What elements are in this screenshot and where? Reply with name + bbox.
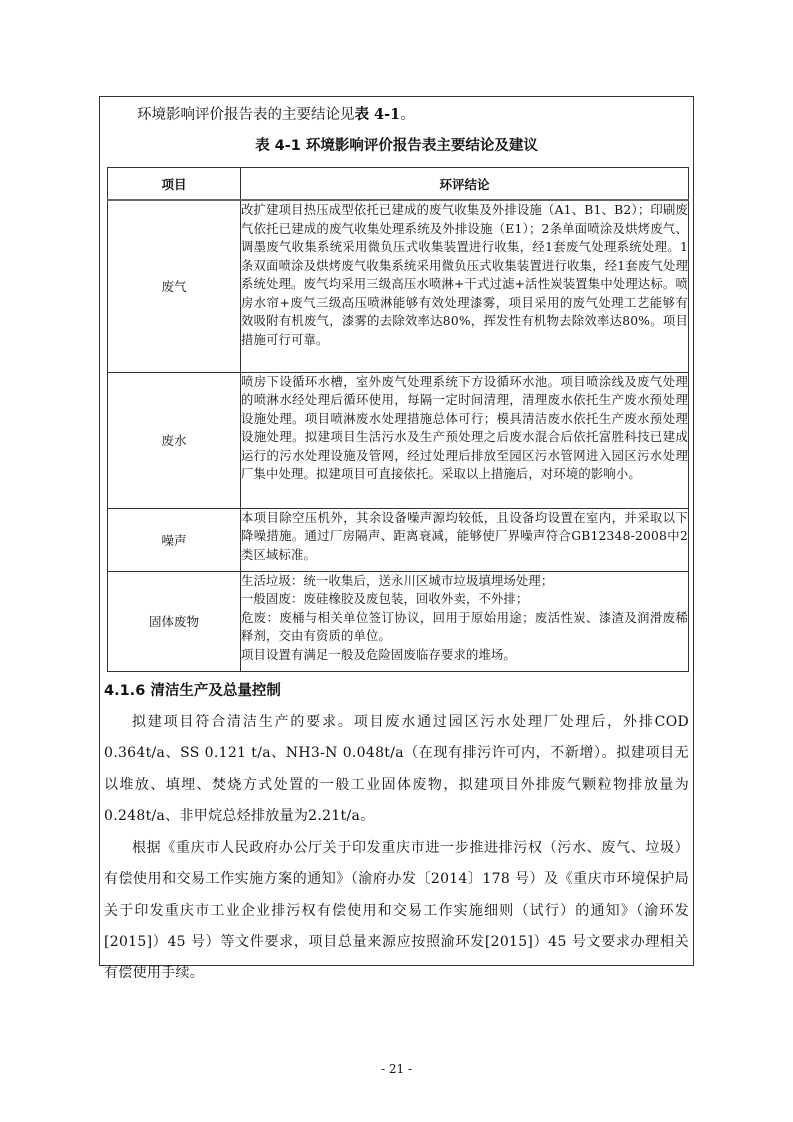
row-item-exhaust: 废气 <box>108 200 241 372</box>
table-reference: 表 4-1 <box>355 106 401 123</box>
row-content-wastewater: 喷房下设循环水槽，室外废气处理系统下方设循环水池。项目喷涂线及废气处理的喷淋水经… <box>241 372 689 508</box>
page-number: - 21 - <box>0 1062 793 1076</box>
content-line: 危废：废桶与相关单位签订协议，回用于原始用途；废活性炭、漆渣及润滑废稀释剂，交由… <box>241 609 688 646</box>
row-content-exhaust: 改扩建项目热压成型依托已建成的废气收集及外排设施（A1、B1、B2）；印刷废气依… <box>241 200 689 372</box>
content-line: 项目设置有满足一般及危险固废临存要求的堆场。 <box>241 646 688 665</box>
table-header-row: 项目 环评结论 <box>108 168 689 201</box>
row-content-solid-waste: 生活垃圾：统一收集后，送永川区城市垃圾填埋场处理； 一般固废：废硅橡胶及废包装，… <box>241 571 689 671</box>
content-line: 一般固废：废硅橡胶及废包装，回收外卖，不外排； <box>241 590 688 609</box>
conclusions-table: 项目 环评结论 废气 改扩建项目热压成型依托已建成的废气收集及外排设施（A1、B… <box>107 167 689 672</box>
table-row: 废水 喷房下设循环水槽，室外废气处理系统下方设循环水池。项目喷涂线及废气处理的喷… <box>108 372 689 508</box>
paragraph-clean-production: 拟建项目符合清洁生产的要求。项目废水通过园区污水处理厂处理后，外排COD 0.3… <box>104 707 689 832</box>
row-content-noise: 本项目除空压机外，其余设备噪声源均较低，且设备均设置在室内，并采取以下降噪措施。… <box>241 508 689 571</box>
table-row: 废气 改扩建项目热压成型依托已建成的废气收集及外排设施（A1、B1、B2）；印刷… <box>108 200 689 372</box>
table-caption: 表 4-1 环境影响评价报告表主要结论及建议 <box>0 135 793 157</box>
intro-text: 环境影响评价报告表的主要结论见表 4-1。 <box>137 104 415 126</box>
section-heading: 4.1.6 清洁生产及总量控制 <box>104 680 281 702</box>
content-line: 喷房下设循环水槽，室外废气处理系统下方设循环水池。项目喷涂线及废气处理的喷淋水经… <box>241 373 688 484</box>
row-item-wastewater: 废水 <box>108 372 241 508</box>
header-item: 项目 <box>108 168 241 201</box>
content-line: 本项目除空压机外，其余设备噪声源均较低，且设备均设置在室内，并采取以下降噪措施。… <box>241 509 688 565</box>
header-conclusion: 环评结论 <box>241 168 689 201</box>
row-item-noise: 噪声 <box>108 508 241 571</box>
content-line: 生活垃圾：统一收集后，送永川区城市垃圾填埋场处理； <box>241 572 688 591</box>
paragraph-emission-rights: 根据《重庆市人民政府办公厅关于印发重庆市进一步推进排污权（污水、废气、垃圾）有偿… <box>104 833 689 989</box>
content-line: 改扩建项目热压成型依托已建成的废气收集及外排设施（A1、B1、B2）；印刷废气依… <box>241 201 688 349</box>
table-row: 噪声 本项目除空压机外，其余设备噪声源均较低，且设备均设置在室内，并采取以下降噪… <box>108 508 689 571</box>
table-row: 固体废物 生活垃圾：统一收集后，送永川区城市垃圾填埋场处理； 一般固废：废硅橡胶… <box>108 571 689 671</box>
intro-sentence: 环境影响评价报告表的主要结论见 <box>137 107 355 123</box>
intro-period: 。 <box>400 107 415 123</box>
row-item-solid-waste: 固体废物 <box>108 571 241 671</box>
